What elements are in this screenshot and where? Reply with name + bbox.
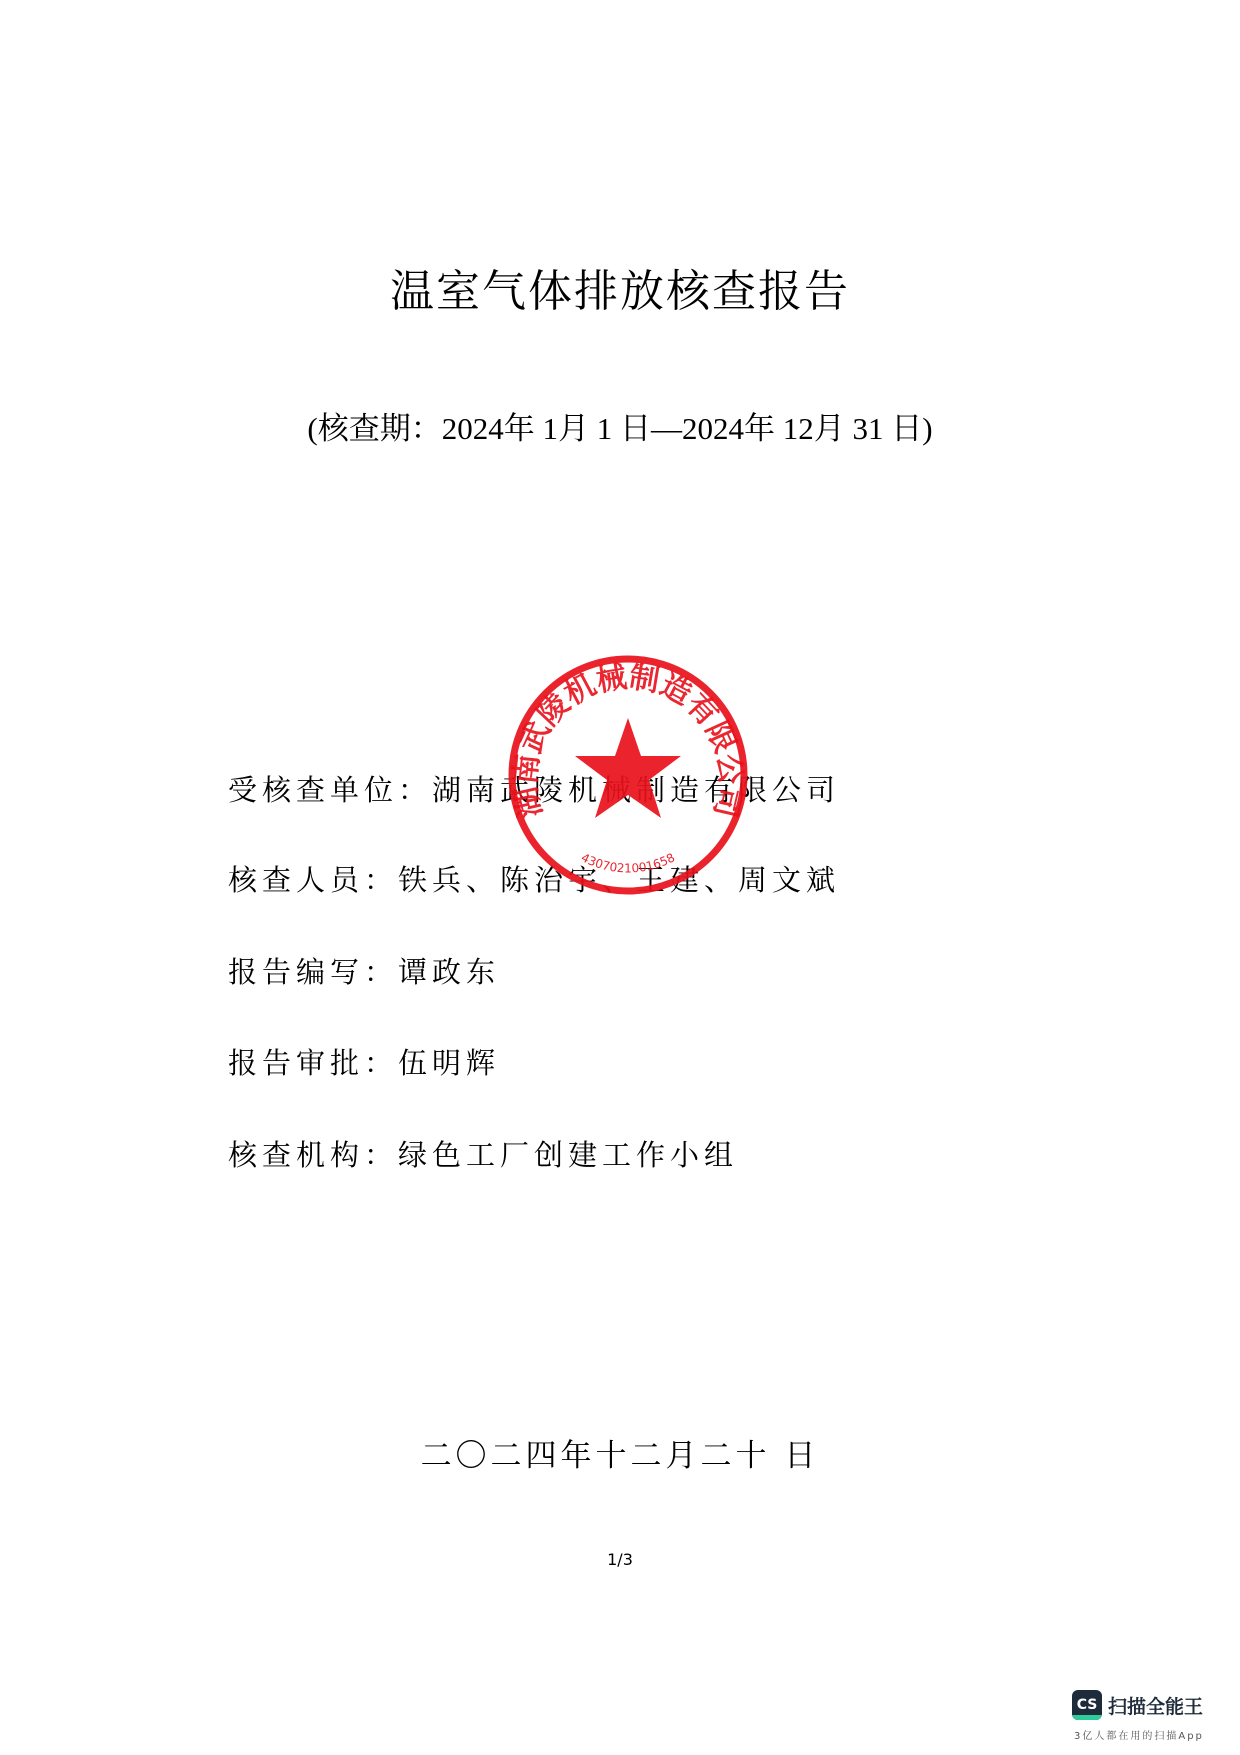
document-page: 温室气体排放核查报告 (核查期：2024年 1月 1 日—2024年 12月 3… [0, 0, 1240, 1755]
verification-period: (核查期：2024年 1月 1 日—2024年 12月 31 日) [0, 403, 1240, 448]
scanner-watermark: CS 扫描全能王 [1072, 1690, 1203, 1720]
field-report-author: 报告编写：谭政东 [228, 950, 500, 991]
field-label: 受核查单位： [228, 773, 432, 807]
field-label: 核查机构： [228, 1138, 398, 1172]
field-value: 谭政东 [398, 955, 500, 989]
field-verification-body: 核查机构：绿色工厂创建工作小组 [228, 1133, 738, 1174]
report-title: 温室气体排放核查报告 [0, 255, 1240, 319]
report-date: 二〇二四年十二月二十 日 [0, 1430, 1240, 1475]
field-value: 伍明辉 [398, 1046, 500, 1080]
field-value: 铁兵、陈治宇、王建、周文斌 [398, 863, 840, 897]
field-verifiers: 核查人员：铁兵、陈治宇、王建、周文斌 [228, 858, 840, 899]
scanner-tagline: 3亿人都在用的扫描App [1074, 1727, 1204, 1742]
field-value: 湖南武陵机械制造有限公司 [432, 773, 840, 807]
page-number: 1/3 [0, 1550, 1240, 1569]
scanner-app-name: 扫描全能王 [1108, 1692, 1203, 1719]
field-label: 报告审批： [228, 1046, 398, 1080]
field-label: 报告编写： [228, 955, 398, 989]
field-label: 核查人员： [228, 863, 398, 897]
field-report-approver: 报告审批：伍明辉 [228, 1041, 500, 1082]
camscanner-logo-icon: CS [1072, 1690, 1102, 1720]
field-verified-unit: 受核查单位：湖南武陵机械制造有限公司 [228, 768, 840, 809]
field-value: 绿色工厂创建工作小组 [398, 1138, 738, 1172]
